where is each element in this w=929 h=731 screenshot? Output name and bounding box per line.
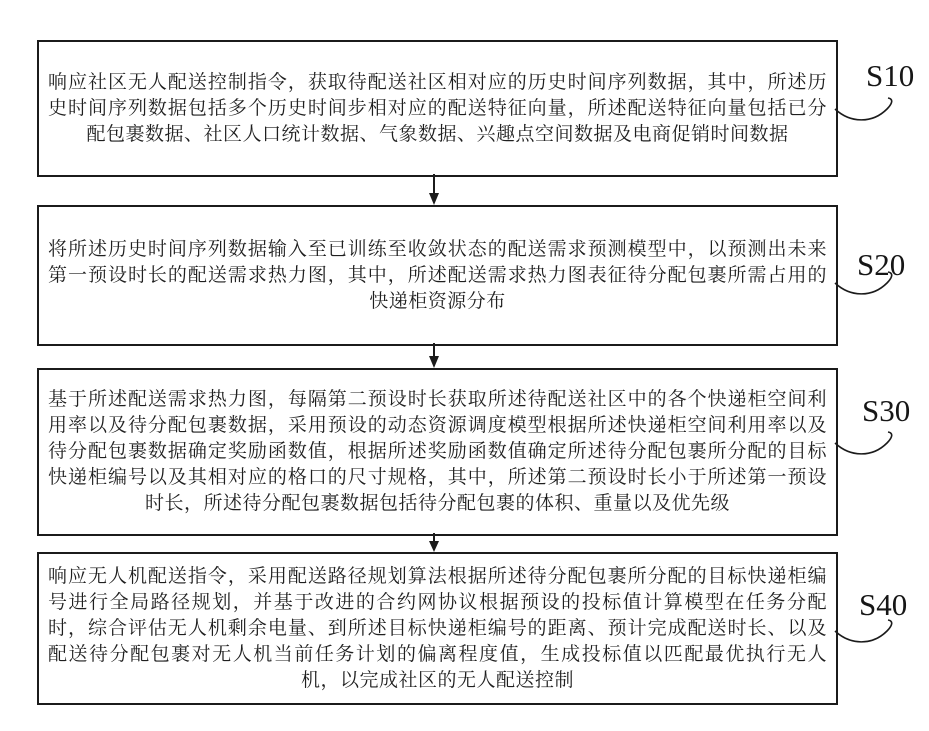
- step-label-s30: S30: [862, 395, 910, 427]
- step-box-s30: 基于所述配送需求热力图，每隔第二预设时长获取所述待配送社区中的各个快递柜空间利用…: [37, 368, 838, 536]
- flowchart-figure: 响应社区无人配送控制指令，获取待配送社区相对应的历史时间序列数据，其中，所述历史…: [0, 0, 929, 731]
- flow-arrow-3: [427, 533, 441, 552]
- step-leader-s40: [834, 616, 906, 652]
- flow-arrow-1: [427, 174, 441, 205]
- step-label-s10: S10: [866, 60, 914, 92]
- step-text-s40: 响应无人机配送指令，采用配送路径规划算法根据所述待分配包裹所分配的目标快递柜编号…: [39, 564, 836, 694]
- flow-arrow-2: [427, 343, 441, 368]
- step-leader-s30: [834, 428, 906, 464]
- step-box-s40: 响应无人机配送指令，采用配送路径规划算法根据所述待分配包裹所分配的目标快递柜编号…: [37, 552, 838, 705]
- step-box-s10: 响应社区无人配送控制指令，获取待配送社区相对应的历史时间序列数据，其中，所述历史…: [37, 40, 838, 177]
- step-text-s10: 响应社区无人配送控制指令，获取待配送社区相对应的历史时间序列数据，其中，所述历史…: [39, 70, 836, 148]
- step-leader-s20: [834, 268, 906, 304]
- step-text-s30: 基于所述配送需求热力图，每隔第二预设时长获取所述待配送社区中的各个快递柜空间利用…: [39, 387, 836, 517]
- step-text-s20: 将所述历史时间序列数据输入至已训练至收敛状态的配送需求预测模型中，以预测出未来第…: [39, 237, 836, 315]
- step-leader-s10: [834, 94, 906, 130]
- step-box-s20: 将所述历史时间序列数据输入至已训练至收敛状态的配送需求预测模型中，以预测出未来第…: [37, 205, 838, 346]
